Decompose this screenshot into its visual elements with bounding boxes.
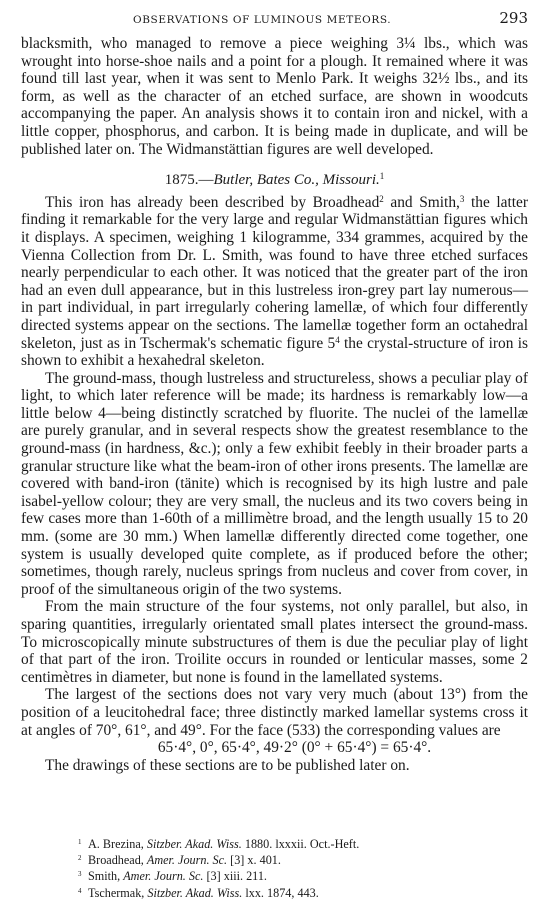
paragraph-drawings: The drawings of these sections are to be… bbox=[21, 757, 528, 775]
paragraph-ground-mass: The ground-mass, though lustreless and s… bbox=[21, 370, 528, 599]
page-header: OBSERVATIONS OF LUMINOUS METEORS. 293 bbox=[21, 8, 528, 28]
footnote-journal: Amer. Journ. Sc. bbox=[123, 869, 203, 883]
paragraph-structure: From the main structure of the four syst… bbox=[21, 598, 528, 686]
angle-formula: 65·4°, 0°, 65·4°, 49·2° (0° + 65·4°) = 6… bbox=[21, 739, 528, 757]
footnote-journal: Amer. Journ. Sc. bbox=[147, 853, 227, 867]
footnote-ref: 1880. lxxxii. Oct.-Heft. bbox=[242, 837, 359, 851]
text-span: the latter finding it remarkable for the… bbox=[21, 194, 528, 352]
footnote-mark: 3 bbox=[78, 867, 88, 881]
running-title: OBSERVATIONS OF LUMINOUS METEORS. bbox=[133, 14, 391, 26]
footnote-3: 3Smith, Amer. Journ. Sc. [3] xiii. 211. bbox=[78, 867, 498, 883]
footnote-2: 2Broadhead, Amer. Journ. Sc. [3] x. 401. bbox=[78, 851, 498, 867]
footnote-ref: [3] xiii. 211. bbox=[203, 869, 267, 883]
footnote-ref: lxx. 1874, 443. bbox=[242, 886, 319, 900]
footnote-mark: 4 bbox=[78, 884, 88, 898]
text-span: and Smith, bbox=[384, 194, 460, 211]
body-text: blacksmith, who managed to remove a piec… bbox=[21, 35, 528, 774]
footnote-ref: [3] x. 401. bbox=[227, 853, 281, 867]
text-span: This iron has already been described by … bbox=[45, 194, 379, 211]
page-number: 293 bbox=[499, 9, 528, 27]
footnote-author: Tschermak, bbox=[88, 886, 147, 900]
paragraph-continuation: blacksmith, who managed to remove a piec… bbox=[21, 35, 528, 158]
footnote-author: A. Brezina, bbox=[88, 837, 147, 851]
section-place: Butler, Bates Co., Missouri. bbox=[213, 172, 379, 188]
footnote-journal: Sitzber. Akad. Wiss. bbox=[147, 837, 242, 851]
footnote-4: 4Tschermak, Sitzber. Akad. Wiss. lxx. 18… bbox=[78, 884, 498, 900]
footnote-ref-1: 1 bbox=[380, 171, 385, 181]
section-year: 1875.— bbox=[165, 172, 214, 188]
footnote-journal: Sitzber. Akad. Wiss. bbox=[147, 886, 242, 900]
footnote-author: Broadhead, bbox=[88, 853, 147, 867]
footnote-author: Smith, bbox=[88, 869, 123, 883]
footnotes: 1A. Brezina, Sitzber. Akad. Wiss. 1880. … bbox=[78, 835, 498, 900]
section-heading: 1875.—Butler, Bates Co., Missouri.1 bbox=[21, 172, 528, 190]
footnote-mark: 1 bbox=[78, 835, 88, 849]
paragraph-sections: The largest of the sections does not var… bbox=[21, 686, 528, 739]
footnote-mark: 2 bbox=[78, 851, 88, 865]
paragraph-description: This iron has already been described by … bbox=[21, 194, 528, 370]
footnote-1: 1A. Brezina, Sitzber. Akad. Wiss. 1880. … bbox=[78, 835, 498, 851]
